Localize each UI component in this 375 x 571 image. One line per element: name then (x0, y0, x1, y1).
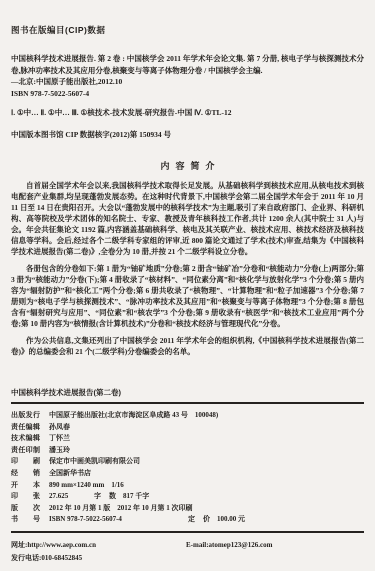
row-label: 技术编辑 (11, 434, 40, 445)
row-label: 开本 (11, 481, 40, 492)
cip-publisher-line: —北京:中国原子能出版社,2012.10 (11, 76, 364, 88)
row-label: 书号 (11, 515, 40, 526)
row-value-secondary: 817 千字 (123, 491, 149, 502)
cip-registry-line: 中国版本图书馆 CIP 数据核字(2012)第 150934 号 (11, 129, 364, 140)
divider-rule-top (11, 402, 364, 404)
row-label: 版次 (11, 504, 40, 515)
row-value: 潘玉玲 (49, 445, 70, 456)
row-format: 开本 890 mm×1240 mm 1/16 (11, 480, 364, 492)
row-print-supervisor: 责任印制 潘玉玲 (11, 445, 364, 457)
row-label-secondary: 字数 (94, 492, 116, 503)
summary-paragraph-2: 各册包含的分卷如下:第 1 册为“铀矿地质”分卷;第 2 册含“铀矿冶”分卷和“… (11, 263, 364, 329)
content-summary-section: 内容简介 自首届全国学术年会以来,我国核科学技术取得长足发展。从基础核科学到核技… (11, 159, 364, 357)
book-title: 中国核科学技术进展报告(第二卷) (11, 387, 364, 398)
content-summary-heading: 内容简介 (11, 159, 364, 172)
row-printer: 印刷 保定市中画美凯印刷有限公司 (11, 456, 364, 468)
row-value: 890 mm×1240 mm 1/16 (49, 480, 124, 491)
cip-classification-line: Ⅰ. ①中… Ⅱ. ①中… Ⅲ. ①核技术-技术发展-研究报告-中国 Ⅳ. ①T… (11, 107, 364, 118)
row-value: 保定市中画美凯印刷有限公司 (49, 456, 140, 467)
email-text: E-mail:atomep123@126.com (186, 540, 272, 550)
row-label: 印刷 (11, 457, 40, 468)
row-edition: 版次 2012 年 10 月第 1 版 2012 年 10 月第 1 次印刷 (11, 503, 364, 515)
row-value: 2012 年 10 月第 1 版 2012 年 10 月第 1 次印刷 (49, 503, 193, 514)
summary-paragraph-3: 作为公共信息,文集还列出了中国核学会 2011 年学术年会的组织机构,《中国核科… (11, 335, 364, 357)
row-label-secondary: 定价 (188, 515, 210, 526)
row-tech-editor: 技术编辑 丁怀兰 (11, 433, 364, 445)
row-value-secondary: 100.00 元 (217, 514, 245, 525)
contact-row: 网址:http://www.aep.com.cn E-mail:atomep12… (11, 540, 364, 550)
cip-isbn-line: ISBN 978-7-5022-5607-4 (11, 88, 364, 100)
cip-section: 图书在版编目(CIP)数据 中国核科学技术进展报告. 第 2 卷 : 中国核学会… (11, 24, 364, 140)
row-label: 责任编辑 (11, 423, 40, 434)
colophon-section: 中国核科学技术进展报告(第二卷) 出版发行 中国原子能出版社(北京市海淀区阜成路… (11, 387, 364, 563)
website-text: 网址:http://www.aep.com.cn (11, 540, 186, 550)
cip-description: 中国核科学技术进展报告. 第 2 卷 : 中国核学会 2011 年学术年会论文集… (11, 53, 364, 76)
row-distributor: 经销 全国新华书店 (11, 468, 364, 480)
row-value: 27.625 (49, 491, 94, 502)
row-value: 全国新华书店 (49, 468, 91, 479)
summary-paragraph-1: 自首届全国学术年会以来,我国核科学技术取得长足发展。从基础核科学到核技术应用,从… (11, 180, 364, 257)
row-value: 丁怀兰 (49, 433, 70, 444)
row-label: 责任印制 (11, 446, 40, 457)
row-label: 经销 (11, 469, 40, 480)
row-publisher: 出版发行 中国原子能出版社(北京市海淀区阜成路 43 号 100048) (11, 410, 364, 422)
phone-row: 发行电话:010-68452845 (11, 553, 364, 563)
row-label: 出版发行 (11, 411, 40, 422)
row-editor: 责任编辑 孙凤春 (11, 422, 364, 434)
row-label: 印张 (11, 492, 40, 503)
colophon-rows: 出版发行 中国原子能出版社(北京市海淀区阜成路 43 号 100048) 责任编… (11, 410, 364, 526)
phone-text: 发行电话:010-68452845 (11, 553, 82, 563)
row-value: ISBN 978-7-5022-5607-4 (49, 514, 188, 525)
row-value: 中国原子能出版社(北京市海淀区阜成路 43 号 100048) (49, 410, 218, 421)
row-isbn-price: 书号 ISBN 978-7-5022-5607-4 定价 100.00 元 (11, 514, 364, 526)
row-sheets-wordcount: 印张 27.625 字数 817 千字 (11, 491, 364, 503)
divider-rule-bottom (11, 531, 364, 533)
cip-heading: 图书在版编目(CIP)数据 (11, 24, 364, 36)
book-copyright-page: 图书在版编目(CIP)数据 中国核科学技术进展报告. 第 2 卷 : 中国核学会… (0, 0, 375, 571)
row-value: 孙凤春 (49, 422, 70, 433)
